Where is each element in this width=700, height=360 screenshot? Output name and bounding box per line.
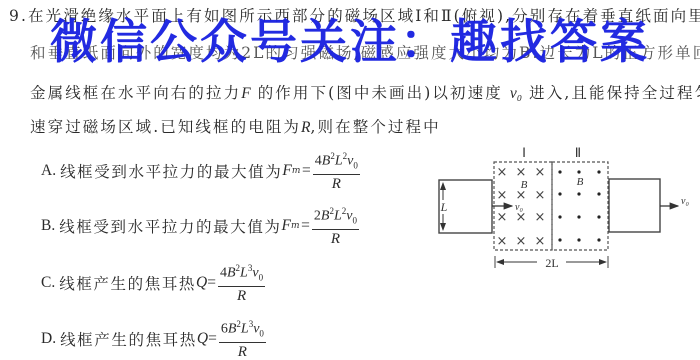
svg-text:×: × bbox=[497, 188, 508, 203]
svg-text:×: × bbox=[516, 165, 527, 180]
svg-text:×: × bbox=[535, 234, 546, 249]
region-label-2: Ⅱ bbox=[575, 145, 581, 160]
svg-text:×: × bbox=[516, 234, 527, 249]
svg-text:×: × bbox=[535, 210, 546, 225]
svg-text:×: × bbox=[497, 165, 508, 180]
field-label-b2: B bbox=[577, 176, 584, 188]
svg-text:×: × bbox=[497, 234, 508, 249]
magnetic-field-diagram: Ⅰ Ⅱ ××× ××× ××× ××× B B L v₀ v₀ 2L bbox=[0, 0, 700, 360]
velocity-label-exit: v₀ bbox=[681, 196, 689, 207]
svg-text:×: × bbox=[535, 165, 546, 180]
width-label: 2L bbox=[545, 256, 558, 270]
loop-final bbox=[609, 179, 660, 232]
field-label-b1: B bbox=[521, 179, 528, 191]
svg-text:×: × bbox=[535, 188, 546, 203]
velocity-label-entry: v₀ bbox=[515, 202, 523, 213]
svg-text:×: × bbox=[497, 210, 508, 225]
region-label-1: Ⅰ bbox=[522, 145, 526, 160]
side-length-label: L bbox=[440, 200, 448, 214]
